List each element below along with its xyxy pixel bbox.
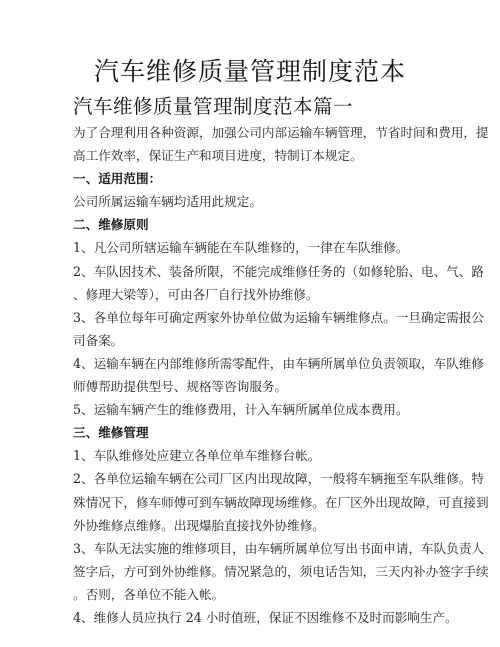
paragraph-line: 、修理大梁等），可由各厂自行找外协维修。 <box>73 283 433 306</box>
section-heading: 三、维修管理 <box>73 421 433 444</box>
paragraph-line: 4、运输车辆在内部维修所需零配件，由车辆所属单位负责领取，车队维修 <box>73 352 433 375</box>
paragraph-line: 公司所属运输车辆均适用此规定。 <box>73 190 433 213</box>
section-heading: 二、维修原则 <box>73 213 433 236</box>
paragraph-line: 2、车队因技术、装备所限，不能完成维修任务的（如修轮胎、电、气、路 <box>73 260 433 283</box>
paragraph-line: 3、各单位每年可确定两家外协单位做为运输车辆维修点。一旦确定需报公 <box>73 306 433 329</box>
section-subtitle: 汽车维修质量管理制度范本篇一 <box>73 93 353 121</box>
section-heading: 一、适用范围： <box>73 167 433 190</box>
paragraph-line: 5、运输车辆产生的维修费用，计入车辆所属单位成本费用。 <box>73 398 433 421</box>
paragraph-line: 2、各单位运输车辆在公司厂区内出现故障，一般将车辆拖至车队维修。特 <box>73 467 433 490</box>
document-title: 汽车维修质量管理制度范本 <box>0 56 500 88</box>
paragraph-line: 1、车队维修处应建立各单位单车维修台帐。 <box>73 444 433 467</box>
paragraph-line: 师傅帮助提供型号、规格等咨询服务。 <box>73 375 433 398</box>
paragraph-line: 外协维修点维修。出现爆胎直接找外协维修。 <box>73 514 433 537</box>
paragraph-line: 为了合理利用各种资源，加强公司内部运输车辆管理，节省时间和费用，提 <box>73 121 433 144</box>
document-page: 汽车维修质量管理制度范本 汽车维修质量管理制度范本篇一 为了合理利用各种资源，加… <box>0 0 500 647</box>
paragraph-line: 。否则，各单位不能入帐。 <box>73 583 433 606</box>
paragraph-line: 高工作效率，保证生产和项目进度，特制订本规定。 <box>73 144 433 167</box>
document-body: 为了合理利用各种资源，加强公司内部运输车辆管理，节省时间和费用，提 高工作效率，… <box>73 121 433 629</box>
paragraph-line: 殊情况下，修车师傅可到车辆故障现场维修。在厂区外出现故障，可直接到 <box>73 491 433 514</box>
paragraph-line: 1、凡公司所辖运输车辆能在车队维修的，一律在车队维修。 <box>73 236 433 259</box>
paragraph-line: 司备案。 <box>73 329 433 352</box>
paragraph-line: 3、车队无法实施的维修项目，由车辆所属单位写出书面申请，车队负责人 <box>73 537 433 560</box>
paragraph-line: 4、维修人员应执行 24 小时值班，保证不因维修不及时而影响生产。 <box>73 606 433 629</box>
paragraph-line: 签字后，方可到外协维修。情况紧急的，须电话告知，三天内补办签字手续 <box>73 560 433 583</box>
